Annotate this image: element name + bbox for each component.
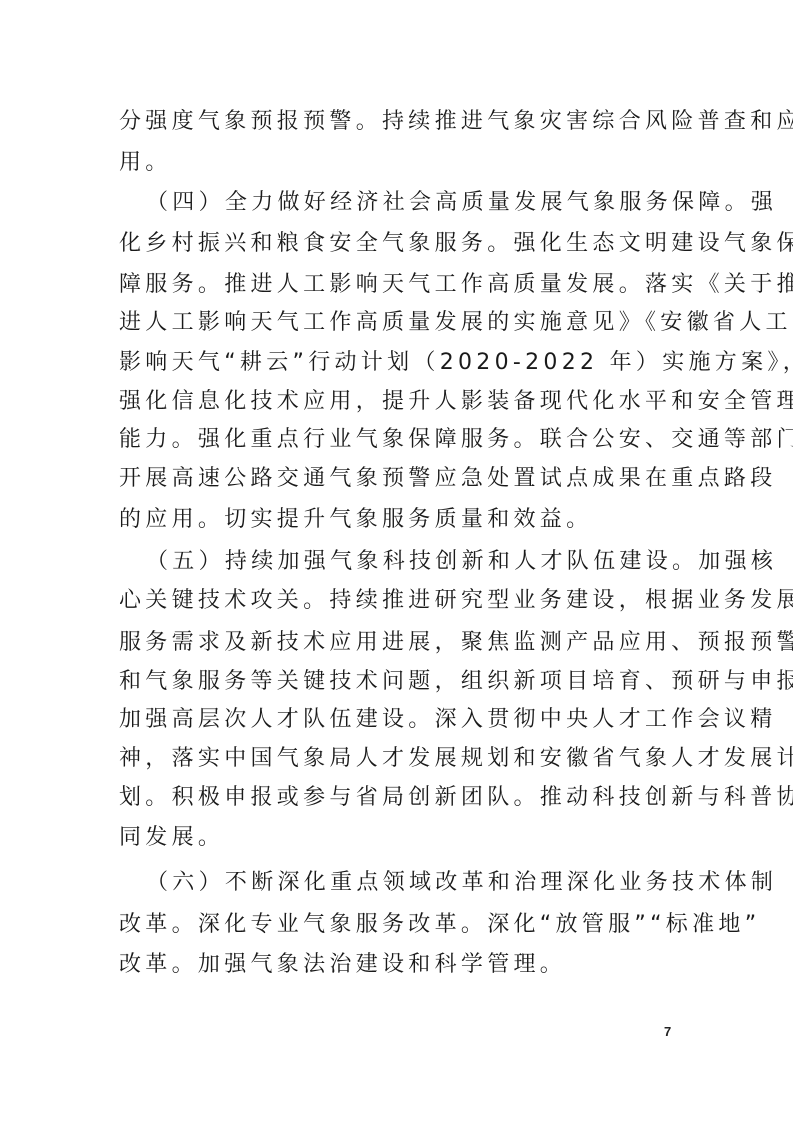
text-line: 心关键技术攻关。持续推进研究型业务建设，根据业务发展、 — [119, 586, 793, 616]
text-line: 神，落实中国气象局人才发展规划和安徽省气象人才发展计 — [119, 744, 793, 774]
text-line: 开展高速公路交通气象预警应急处置试点成果在重点路段 — [119, 464, 777, 494]
text-line: 强化信息化技术应用，提升人影装备现代化水平和安全管理 — [119, 387, 793, 417]
document-page: 分强度气象预报预警。持续推进气象灾害综合风险普查和应 用。 （四）全力做好经济社… — [0, 0, 793, 1122]
text-line: 服务需求及新技术应用进展，聚焦监测产品应用、预报预警 — [119, 628, 793, 658]
text-line: 的应用。切实提升气象服务质量和效益。 — [119, 505, 592, 535]
text-line: 能力。强化重点行业气象保障服务。联合公安、交通等部门， — [119, 425, 793, 455]
text-line: 障服务。推进人工影响天气工作高质量发展。落实《关于推 — [119, 270, 793, 300]
text-line: 进人工影响天气工作高质量发展的实施意见》《安徽省人工 — [119, 308, 792, 338]
text-line: 和气象服务等关键技术问题，组织新项目培育、预研与申报。 — [119, 667, 793, 697]
page-number: 7 — [664, 1024, 671, 1039]
text-line: 化乡村振兴和粮食安全气象服务。强化生态文明建设气象保 — [119, 229, 793, 259]
section-heading-line: （六）不断深化重点领域改革和治理深化业务技术体制 — [146, 868, 777, 898]
text-line: 加强高层次人才队伍建设。深入贯彻中央人才工作会议精 — [119, 705, 777, 735]
section-heading-line: （五）持续加强气象科技创新和人才队伍建设。加强核 — [146, 547, 777, 577]
section-heading-line: （四）全力做好经济社会高质量发展气象服务保障。强 — [146, 188, 777, 218]
text-line: 同发展。 — [119, 823, 224, 853]
text-line: 划。积极申报或参与省局创新团队。推动科技创新与科普协 — [119, 783, 793, 813]
text-line: 改革。深化专业气象服务改革。深化“放管服”“标准地” — [119, 910, 760, 940]
text-line: 改革。加强气象法治建设和科学管理。 — [119, 950, 566, 980]
text-line: 用。 — [119, 148, 172, 178]
text-line: 影响天气“耕云”行动计划（2020-2022 年）实施方案》， — [119, 348, 793, 378]
text-line: 分强度气象预报预警。持续推进气象灾害综合风险普查和应 — [119, 107, 793, 137]
